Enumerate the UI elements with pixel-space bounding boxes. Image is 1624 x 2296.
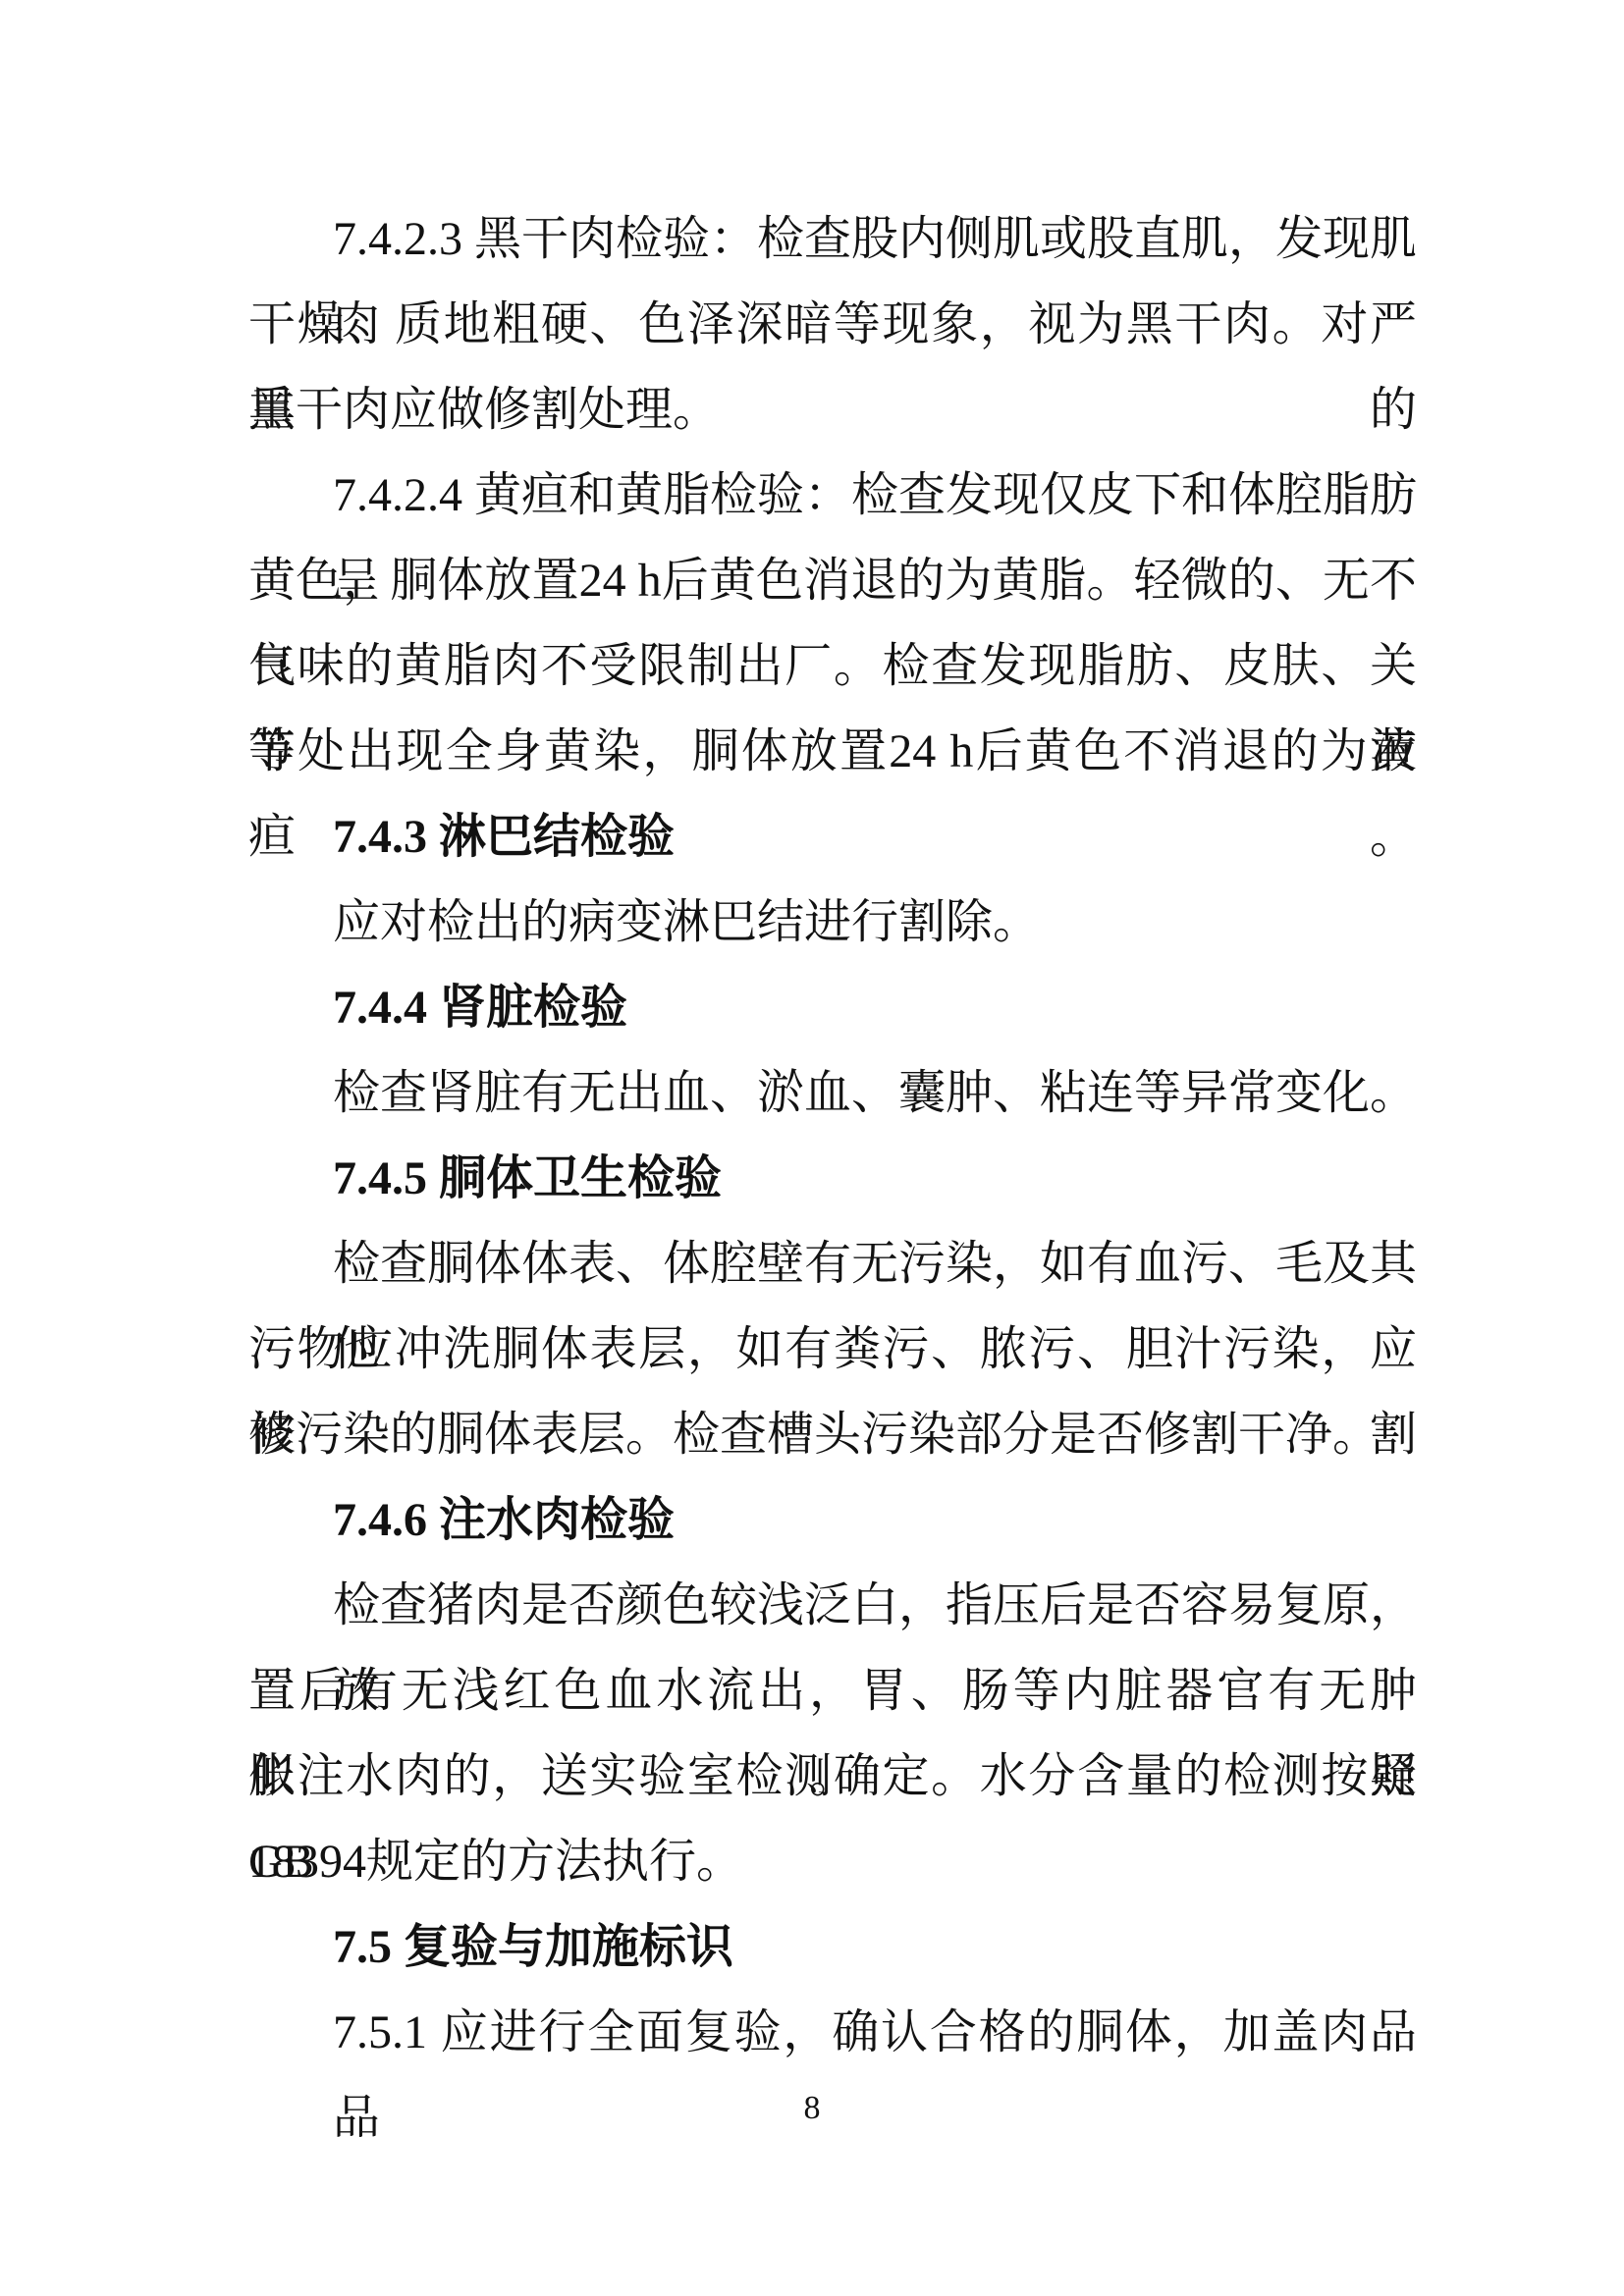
text-line: 置后有无浅红色血水流出，胃、肠等内脏器官有无肿胀。疑: [248, 1648, 1417, 1734]
text-line: 黄色，胴体放置24 h后黄色消退的为黄脂。轻微的、无不良: [248, 538, 1417, 623]
text-line: 等处出现全身黄染，胴体放置24 h后黄色不消退的为黄疸。: [248, 709, 1417, 794]
section-heading: 7.4.6 注水肉检验: [248, 1477, 1417, 1563]
text-line: 7.5.1 应进行全面复验，确认合格的胴体，加盖肉品品: [248, 1990, 1417, 2075]
text-line: 干燥、质地粗硬、色泽深暗等现象，视为黑干肉。对严重的: [248, 282, 1417, 367]
section-heading: 7.4.4 肾脏检验: [248, 965, 1417, 1050]
text-line: 18394规定的方法执行。: [248, 1819, 1417, 1904]
document-page: 7.4.2.3 黑干肉检验：检查股内侧肌或股直肌，发现肌肉干燥、质地粗硬、色泽深…: [0, 0, 1624, 2296]
text-line: 气味的黄脂肉不受限制出厂。检查发现脂肪、皮肤、关节液: [248, 623, 1417, 709]
text-line: 污物应冲洗胴体表层，如有粪污、脓污、胆汁污染，应修割: [248, 1307, 1417, 1392]
text-line: 7.4.2.4 黄疸和黄脂检验：检查发现仅皮下和体腔脂肪呈: [248, 453, 1417, 538]
document-body: 7.4.2.3 黑干肉检验：检查股内侧肌或股直肌，发现肌肉干燥、质地粗硬、色泽深…: [248, 196, 1417, 2075]
text-line: 检查胴体体表、体腔壁有无污染，如有血污、毛及其他: [248, 1221, 1417, 1307]
text-line: 检查猪肉是否颜色较浅泛白，指压后是否容易复原，放: [248, 1563, 1417, 1648]
text-line: 似注水肉的，送实验室检测确定。水分含量的检测按照GB: [248, 1734, 1417, 1819]
text-line: 7.4.2.3 黑干肉检验：检查股内侧肌或股直肌，发现肌肉: [248, 196, 1417, 282]
text-line: 被污染的胴体表层。检查槽头污染部分是否修割干净。: [248, 1392, 1417, 1477]
text-line: 检查肾脏有无出血、淤血、囊肿、粘连等异常变化。: [248, 1050, 1417, 1136]
text-line: 应对检出的病变淋巴结进行割除。: [248, 880, 1417, 965]
section-heading: 7.5 复验与加施标识: [248, 1904, 1417, 1990]
page-number: 8: [0, 2089, 1624, 2128]
section-heading: 7.4.5 胴体卫生检验: [248, 1136, 1417, 1221]
